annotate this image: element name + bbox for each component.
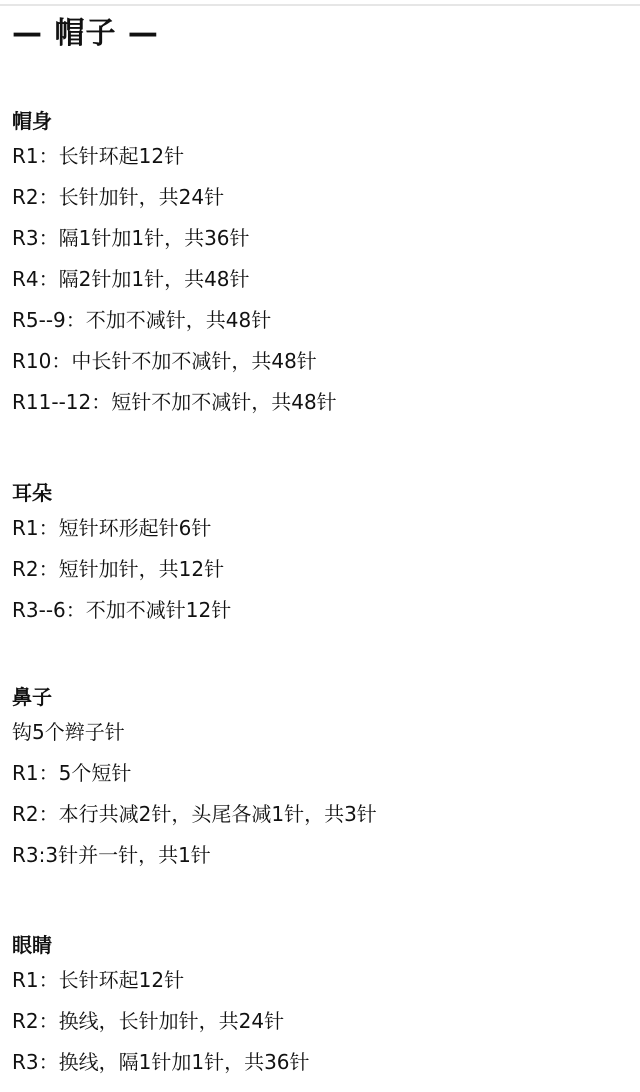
instruction-line: R3--6：不加不减针12针 — [12, 590, 231, 631]
instruction-line: R2：换线，长针加针，共24针 — [12, 1001, 310, 1042]
section-nose: 鼻子 钩5个辫子针 R1：5个短针 R2：本行共减2针，头尾各减1针，共3针 R… — [12, 682, 377, 876]
instruction-line: R4：隔2针加1针，共48针 — [12, 259, 337, 300]
section-hat-body: 帽身 R1：长针环起12针 R2：长针加针，共24针 R3：隔1针加1针，共36… — [12, 106, 337, 423]
instruction-line: R2：长针加针，共24针 — [12, 177, 337, 218]
section-heading: 帽身 — [12, 106, 337, 136]
instruction-line: R3：隔1针加1针，共36针 — [12, 218, 337, 259]
instruction-line: R1：短针环形起针6针 — [12, 508, 231, 549]
instruction-line: R2：短针加针，共12针 — [12, 549, 231, 590]
section-heading: 鼻子 — [12, 682, 377, 712]
instruction-line: R3：换线，隔1针加1针，共36针 — [12, 1042, 310, 1083]
instruction-line: R10：中长针不加不减针，共48针 — [12, 341, 337, 382]
instruction-line: R5--9：不加不减针，共48针 — [12, 300, 337, 341]
page-title: — 帽子 — — [12, 14, 159, 54]
instruction-line: R1：长针环起12针 — [12, 136, 337, 177]
instruction-line: 钩5个辫子针 — [12, 712, 377, 753]
top-divider — [0, 4, 640, 6]
instruction-line: R1：长针环起12针 — [12, 960, 310, 1001]
section-heading: 耳朵 — [12, 478, 231, 508]
section-eyes: 眼睛 R1：长针环起12针 R2：换线，长针加针，共24针 R3：换线，隔1针加… — [12, 930, 310, 1083]
instruction-line: R3:3针并一针，共1针 — [12, 835, 377, 876]
instruction-line: R1：5个短针 — [12, 753, 377, 794]
section-heading: 眼睛 — [12, 930, 310, 960]
instruction-line: R11--12：短针不加不减针，共48针 — [12, 382, 337, 423]
section-ears: 耳朵 R1：短针环形起针6针 R2：短针加针，共12针 R3--6：不加不减针1… — [12, 478, 231, 631]
instruction-line: R2：本行共减2针，头尾各减1针，共3针 — [12, 794, 377, 835]
